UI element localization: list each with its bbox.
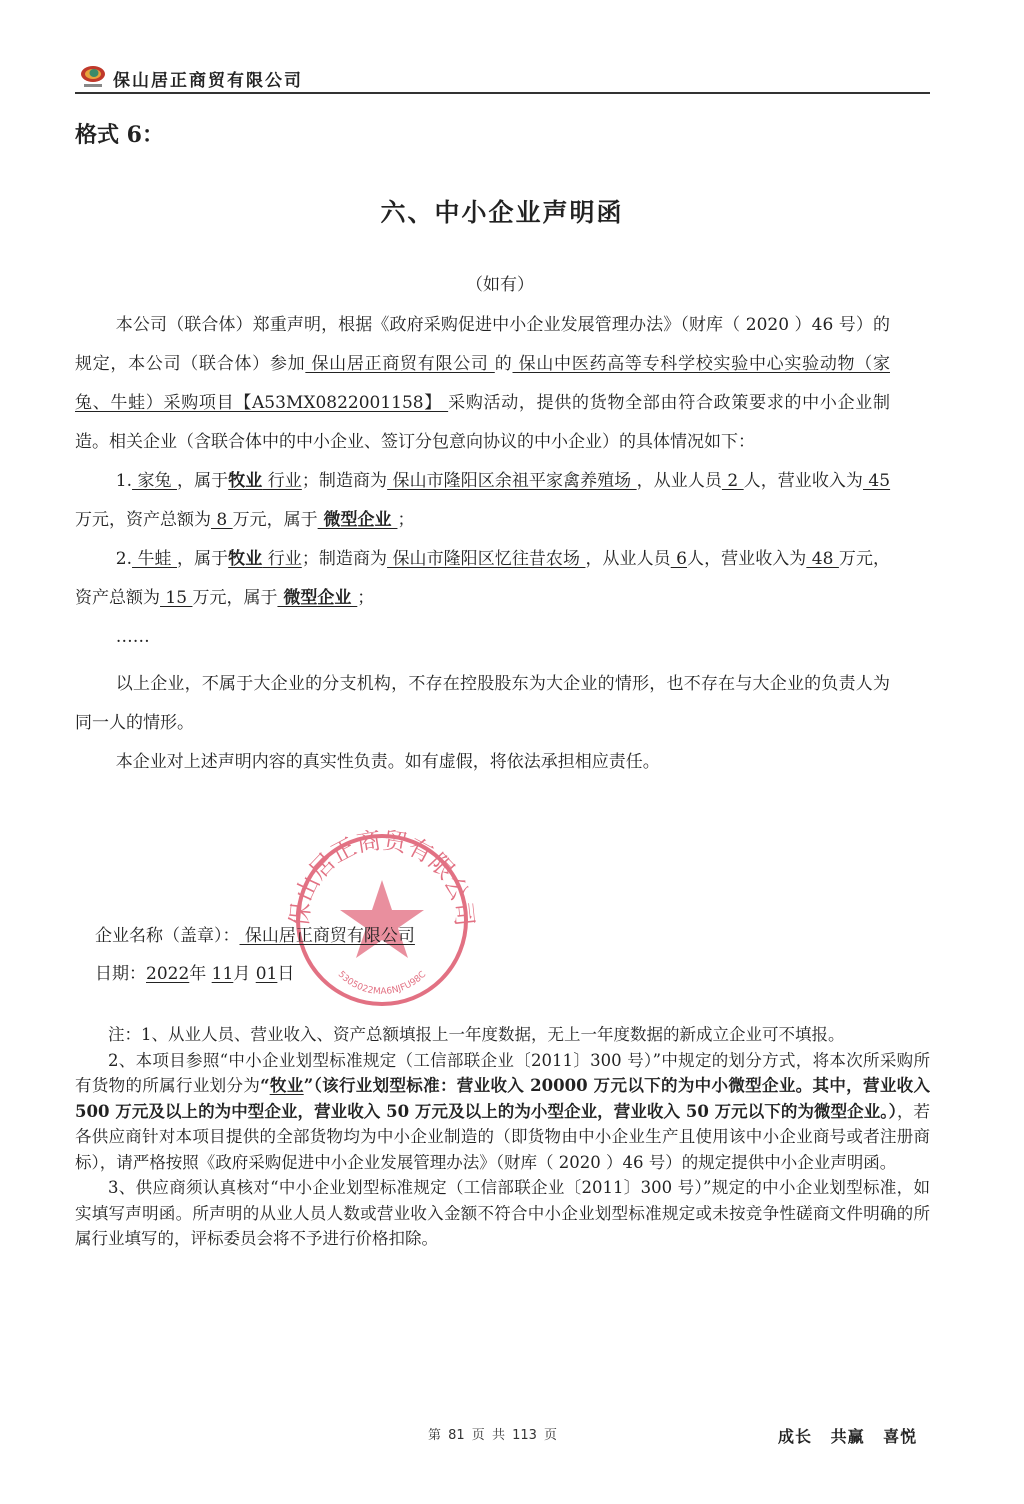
label: 年 xyxy=(189,964,206,984)
enterprise-item-1: 1. 家兔 ，属于牧业 行业；制造商为 保山市隆阳区余祖平家禽养殖场 ，从业人员… xyxy=(75,462,890,540)
revenue-value: 45 xyxy=(863,471,890,491)
assets-value: 8 xyxy=(211,510,233,530)
manufacturer-name: 保山市隆阳区余祖平家禽养殖场 xyxy=(387,471,637,491)
note-3: 3、供应商须认真核对“中小企业划型标准规定（工信部联企业〔2011〕300 号）… xyxy=(75,1175,930,1252)
company-logo-icon xyxy=(79,64,107,90)
label: 人员 xyxy=(688,471,722,491)
page-number: 第 81 页 共 113 页 xyxy=(428,1424,557,1443)
enterprise-category: 微型企业 xyxy=(318,510,398,530)
label: ； xyxy=(357,588,374,608)
item-index: 1. xyxy=(116,471,132,491)
enterprise-item-2: 2. 牛蛙 ，属于牧业 行业；制造商为 保山市隆阳区忆往昔农场 ，从业人员 6人… xyxy=(75,540,890,618)
signature-block: 企业名称（盖章）： 保山居正商贸有限公司 日期：2022年 11月 01日 xyxy=(95,917,415,993)
enterprise-category: 微型企业 xyxy=(277,588,357,608)
industry-name: 牧业 xyxy=(228,549,262,569)
assets-value: 15 xyxy=(160,588,192,608)
label: ，从业人员 xyxy=(585,549,670,569)
header-company-name: 保山居正商贸有限公司 xyxy=(113,66,303,91)
label: ；制造商为 xyxy=(302,471,387,491)
footer-slogan: 成长 共赢 喜悦 xyxy=(778,1424,917,1447)
intro-text-2: 的 xyxy=(495,354,513,374)
item-index: 2. xyxy=(116,549,132,569)
date-month: 11 xyxy=(212,964,234,984)
company-name-line: 企业名称（盖章）： 保山居正商贸有限公司 xyxy=(95,917,415,955)
label: ； xyxy=(397,510,414,530)
employee-count: 2 xyxy=(722,471,744,491)
date-year: 2022 xyxy=(146,964,189,984)
date-label: 日期： xyxy=(95,964,146,984)
label: ；制造商为 xyxy=(302,549,387,569)
quote: “ xyxy=(260,1076,270,1095)
declaration-body: 本公司（联合体）郑重声明，根据《政府采购促进中小企业发展管理办法》（财库（ 20… xyxy=(75,306,890,782)
label: 万元，属于 xyxy=(192,588,277,608)
document-title: 六、中小企业声明函 xyxy=(0,193,1004,229)
industry-name: 牧业 xyxy=(228,471,262,491)
label: 万元，资产总额为 xyxy=(75,510,211,530)
label: 日 xyxy=(277,964,294,984)
notes-section: 注：1、从业人员、营业收入、资产总额填报上一年度数据，无上一年度数据的新成立企业… xyxy=(75,1022,930,1252)
company-name-label: 企业名称（盖章）： xyxy=(95,926,240,946)
industry-suffix: 行业 xyxy=(262,549,302,569)
note-1: 注：1、从业人员、营业收入、资产总额填报上一年度数据，无上一年度数据的新成立企业… xyxy=(75,1022,930,1048)
label: 人，营业收入为 xyxy=(744,471,863,491)
product-name: 牛蛙 xyxy=(132,549,177,569)
statement-responsibility: 本企业对上述声明内容的真实性负责。如有虚假，将依法承担相应责任。 xyxy=(75,743,890,782)
ellipsis: …… xyxy=(75,618,890,657)
manufacturer-name: 保山市隆阳区忆往昔农场 xyxy=(387,549,585,569)
page-header: 保山居正商贸有限公司 xyxy=(75,62,930,94)
label: 人，营业收入为 xyxy=(687,549,806,569)
date-line: 日期：2022年 11月 01日 xyxy=(95,955,415,993)
label: ，属于 xyxy=(177,471,228,491)
statement-no-large-enterprise: 以上企业，不属于大企业的分支机构，不存在控股股东为大企业的情形，也不存在与大企业… xyxy=(75,665,890,743)
label: 月 xyxy=(233,964,250,984)
bidder-name: 保山居正商贸有限公司 xyxy=(305,354,494,374)
declaration-intro: 本公司（联合体）郑重声明，根据《政府采购促进中小企业发展管理办法》（财库（ 20… xyxy=(75,306,890,462)
note-2-industry: 牧业 xyxy=(270,1076,304,1095)
note-2: 2、本项目参照“中小企业划型标准规定（工信部联企业〔2011〕300 号）”中规… xyxy=(75,1048,930,1176)
industry-suffix: 行业 xyxy=(262,471,302,491)
label: ，属于 xyxy=(177,549,228,569)
employee-count: 6 xyxy=(671,549,687,569)
format-label: 格式 6： xyxy=(75,118,164,149)
quote: ” xyxy=(304,1076,314,1095)
revenue-value: 48 xyxy=(806,549,839,569)
date-day: 01 xyxy=(256,964,278,984)
company-name-value: 保山居正商贸有限公司 xyxy=(240,926,415,946)
label: ，从业 xyxy=(637,471,688,491)
label: 万元，属于 xyxy=(233,510,318,530)
document-subtitle: （如有） xyxy=(0,270,1000,295)
product-name: 家兔 xyxy=(132,471,177,491)
